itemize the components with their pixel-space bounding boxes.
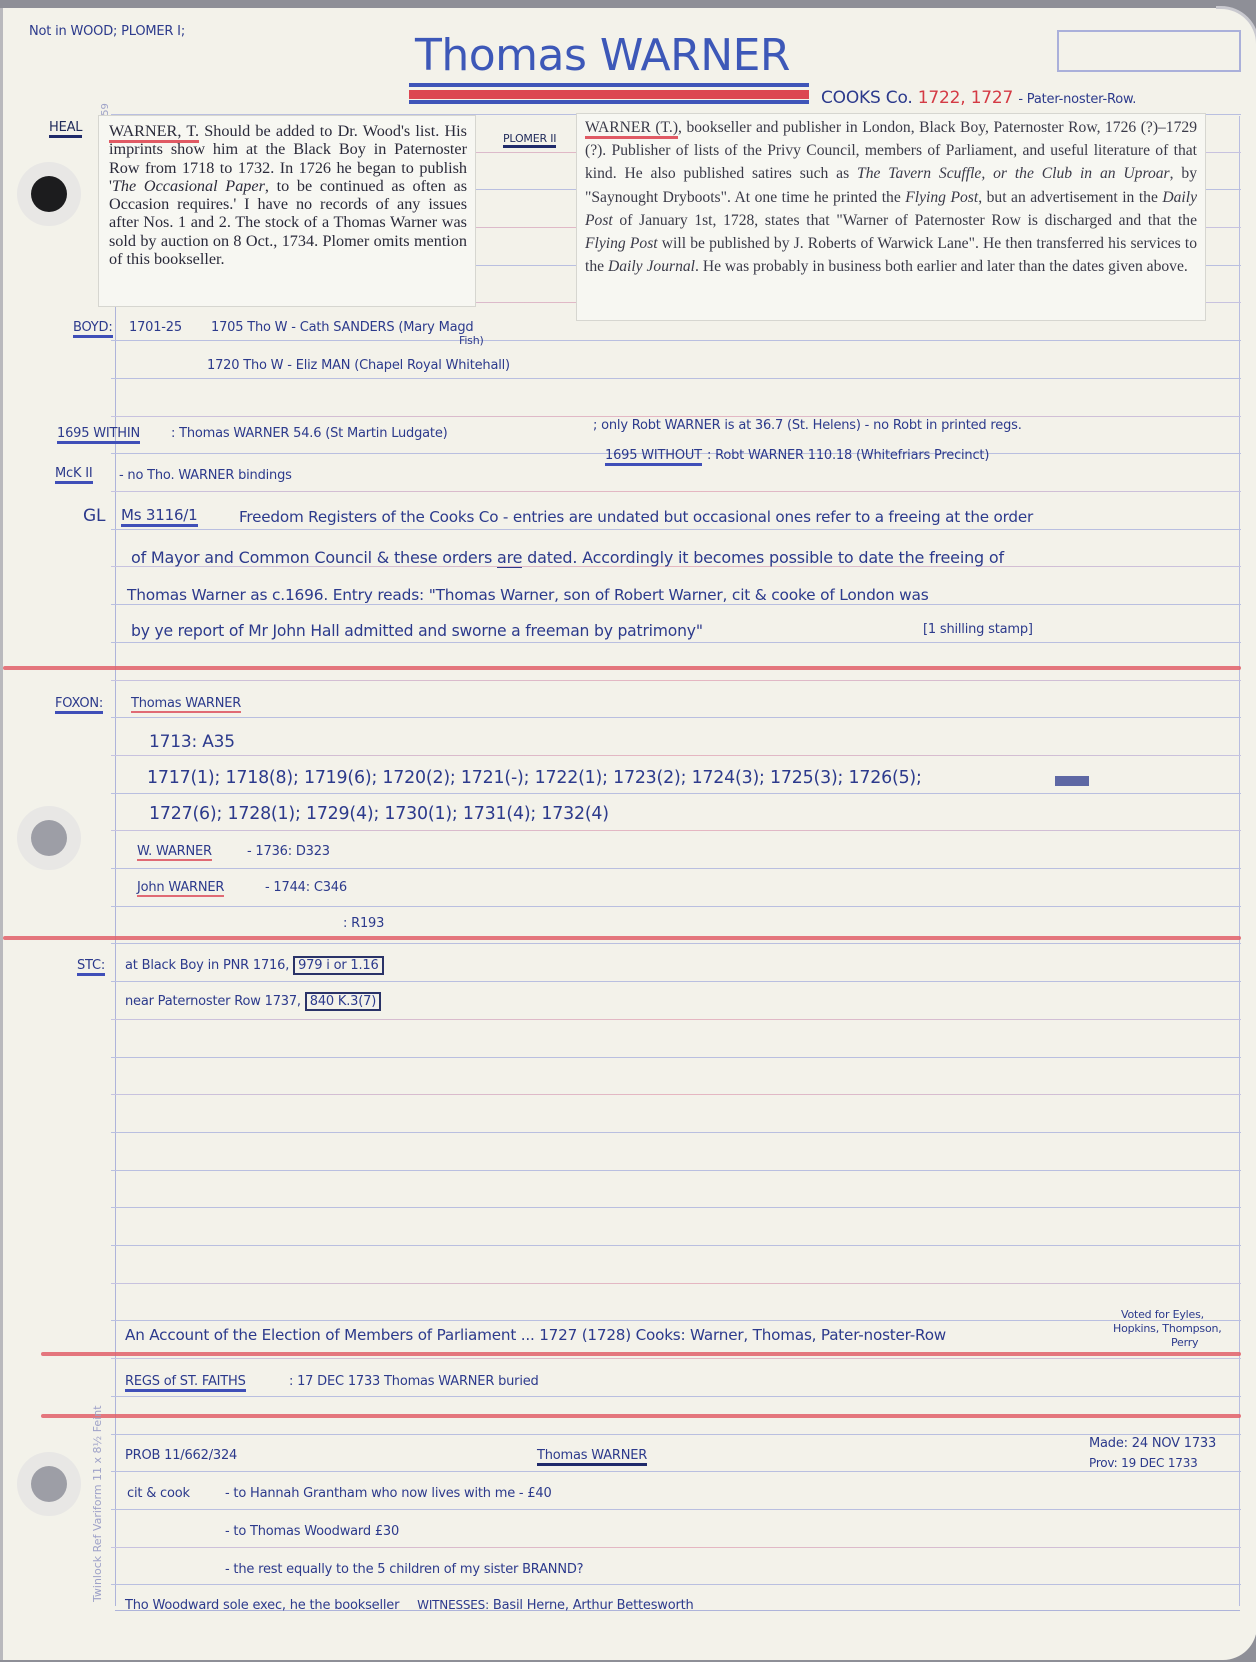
binder-hole — [31, 1466, 67, 1502]
will-bequest: - to Thomas Woodward £30 — [225, 1524, 399, 1539]
gl-line: by ye report of Mr John Hall admitted an… — [131, 622, 703, 640]
will-witnesses: Basil Herne, Arthur Bettesworth — [493, 1598, 694, 1613]
binder-hole — [31, 820, 67, 856]
record-card: Not in WOOD; PLOMER I; Thomas WARNER COO… — [0, 8, 1256, 1660]
stc-ref: 840 K.3(7) — [305, 992, 381, 1011]
plomer-label: PLOMER II — [503, 132, 556, 148]
title-underline — [409, 90, 809, 99]
gl-line: Thomas Warner as c.1696. Entry reads: "T… — [127, 586, 929, 604]
plomer-clip-text: . He was probably in business both earli… — [695, 258, 1188, 275]
ruled-line — [111, 1094, 1241, 1095]
ruled-line — [111, 680, 1241, 681]
mck-label: McK II — [55, 466, 93, 484]
gl-label: GL — [83, 506, 105, 526]
heal-label: HEAL — [49, 120, 82, 138]
gl-line: of Mayor and Common Council & these orde… — [131, 548, 1004, 567]
heal-clip-italic: The Occasional Paper — [112, 177, 265, 195]
without-1695-text: : Robt WARNER 110.18 (Whitefriars Precin… — [707, 448, 989, 463]
boyd-entry: 1705 Tho W - Cath SANDERS (Mary Magd — [211, 320, 473, 335]
ruled-line — [111, 717, 1241, 718]
foxon-w-text: - 1736: D323 — [247, 844, 330, 859]
foxon-w-name: W. WARNER — [137, 844, 212, 861]
paper-brand: Twinlock Ref Variform 11 x 8½ Feint — [91, 1405, 104, 1602]
ruled-line — [111, 1057, 1241, 1058]
boyd-entry: 1720 Tho W - Eliz MAN (Chapel Royal Whit… — [207, 358, 510, 373]
title-underline — [409, 100, 809, 104]
cooks-sep: , — [960, 88, 965, 108]
will-bequest: - to Hannah Grantham who now lives with … — [225, 1486, 552, 1501]
stc-text: at Black Boy in PNR 1716, — [125, 958, 289, 973]
election-entry: An Account of the Election of Members of… — [125, 1326, 946, 1344]
election-voted: Hopkins, Thompson, — [1113, 1322, 1222, 1335]
cooks-year: 1722 — [918, 88, 960, 108]
will-bequest: - the rest equally to the 5 children of … — [225, 1562, 583, 1577]
will-witnesses-label: WITNESSES: — [417, 1598, 489, 1612]
heal-clipping: WARNER, T. Should be added to Dr. Wood's… — [99, 116, 475, 306]
ruled-line — [111, 1584, 1241, 1585]
ruled-line — [111, 491, 1241, 492]
ruled-line — [111, 416, 1241, 417]
within-1695-label: 1695 WITHIN — [57, 426, 140, 444]
foxon-line: 1727(6); 1728(1); 1729(4); 1730(1); 1731… — [149, 804, 609, 824]
ruled-line — [111, 1471, 1241, 1472]
ruled-line — [111, 906, 1241, 907]
will-ref: PROB 11/662/324 — [125, 1448, 237, 1463]
plomer-clip-text: , but an advertisement in the — [978, 189, 1162, 206]
gl-stamp: [1 shilling stamp] — [923, 622, 1033, 637]
crossed-out-entry — [1055, 776, 1089, 786]
within-1695-text: : Thomas WARNER 54.6 (St Martin Ludgate) — [171, 426, 447, 441]
within-1695-note: ; only Robt WARNER is at 36.7 (St. Helen… — [593, 418, 1022, 433]
ruled-line — [111, 868, 1241, 869]
election-voted: Perry — [1171, 1336, 1198, 1349]
ruled-line — [111, 981, 1241, 982]
will-prov: Prov: 19 DEC 1733 — [1089, 1456, 1198, 1470]
ruled-line — [111, 1396, 1241, 1397]
ruled-line — [111, 642, 1241, 643]
ruled-line — [111, 1245, 1241, 1246]
stc-ref: 979 i or 1.16 — [293, 956, 383, 975]
plomer-clip-italic: Flying Post — [905, 189, 978, 206]
gl-ref: Ms 3116/1 — [121, 506, 198, 527]
boyd-entry-sub: Fish) — [459, 334, 484, 347]
section-divider — [3, 936, 1241, 940]
will-name: Thomas WARNER — [537, 1448, 647, 1466]
foxon-john-text: : R193 — [343, 916, 384, 931]
mck-text: - no Tho. WARNER bindings — [119, 468, 292, 483]
foxon-line: 1713: A35 — [149, 732, 235, 752]
ruled-line — [111, 1207, 1241, 1208]
foxon-john-name: John WARNER — [137, 880, 224, 897]
foxon-label: FOXON: — [55, 696, 103, 714]
ruled-line — [111, 1434, 1241, 1435]
ruled-line — [111, 943, 1241, 944]
ruled-line — [111, 340, 1241, 341]
ruled-line — [111, 755, 1241, 756]
index-box — [1057, 30, 1241, 72]
will-made: Made: 24 NOV 1733 — [1089, 1436, 1216, 1451]
st-faiths-label: REGS of ST. FAITHS — [125, 1374, 246, 1392]
cooks-prefix: COOKS Co. — [821, 88, 913, 108]
plomer-clipping: WARNER (T.), bookseller and publisher in… — [577, 114, 1205, 320]
ruled-line — [111, 1283, 1241, 1284]
gl-emphasis: are — [497, 548, 522, 568]
ruled-line — [111, 1358, 1241, 1359]
gl-text: of Mayor and Common Council & these orde… — [131, 548, 497, 567]
ruled-line — [111, 1547, 1241, 1548]
ruled-line — [111, 604, 1241, 605]
title-underline — [409, 83, 809, 87]
boyd-label: BOYD: — [73, 320, 113, 338]
ruled-line — [111, 1320, 1241, 1321]
cooks-company: COOKS Co. 1722, 1727 - Pater-noster-Row. — [821, 88, 1136, 108]
will-exec-text: Tho Woodward sole exec, he the bookselle… — [125, 1598, 399, 1613]
ruled-line — [111, 830, 1241, 831]
ruled-line — [111, 793, 1241, 794]
stc-label: STC: — [77, 958, 105, 976]
foxon-line: 1717(1); 1718(8); 1719(6); 1720(2); 1721… — [147, 768, 922, 788]
stc-text: near Paternoster Row 1737, — [125, 994, 301, 1009]
ruled-line — [111, 529, 1241, 530]
plomer-clip-text: of January 1st, 1728, states that "Warne… — [613, 212, 1197, 229]
will-exec: Tho Woodward sole exec, he the bookselle… — [125, 1598, 694, 1613]
election-voted: Voted for Eyles, — [1121, 1308, 1204, 1321]
foxon-john-text: - 1744: C346 — [265, 880, 347, 895]
will-occupation: cit & cook — [127, 1486, 190, 1501]
section-divider — [3, 666, 1241, 670]
plomer-clip-italic: The Tavern Scuffle, or the Club in an Up… — [857, 165, 1170, 182]
foxon-name: Thomas WARNER — [131, 696, 241, 713]
ruled-line — [111, 1170, 1241, 1171]
boyd-range: 1701-25 — [129, 320, 182, 335]
without-1695-label: 1695 WITHOUT — [605, 448, 702, 466]
stc-line: near Paternoster Row 1737, 840 K.3(7) — [125, 994, 381, 1009]
page-number: 59 — [100, 103, 111, 116]
ruled-line — [111, 1509, 1241, 1510]
plomer-clip-name: WARNER (T.) — [585, 119, 678, 139]
cooks-suffix: - Pater-noster-Row. — [1018, 92, 1136, 107]
top-note: Not in WOOD; PLOMER I; — [29, 24, 185, 39]
st-faiths-text: : 17 DEC 1733 Thomas WARNER buried — [289, 1374, 539, 1389]
section-divider — [41, 1352, 1241, 1356]
ruled-line — [111, 1019, 1241, 1020]
section-divider — [41, 1414, 1241, 1418]
ruled-line — [111, 378, 1241, 379]
plomer-clip-italic: Flying Post — [585, 235, 658, 252]
gl-line: Freedom Registers of the Cooks Co - entr… — [239, 508, 1033, 526]
cooks-year: 1727 — [971, 88, 1013, 108]
plomer-clip-italic: Daily Journal — [608, 258, 695, 275]
stc-line: at Black Boy in PNR 1716, 979 i or 1.16 — [125, 958, 384, 973]
gl-text: dated. Accordingly it becomes possible t… — [522, 548, 1004, 567]
ruled-line — [111, 1132, 1241, 1133]
page-title: Thomas WARNER — [415, 30, 790, 81]
binder-hole — [31, 176, 67, 212]
